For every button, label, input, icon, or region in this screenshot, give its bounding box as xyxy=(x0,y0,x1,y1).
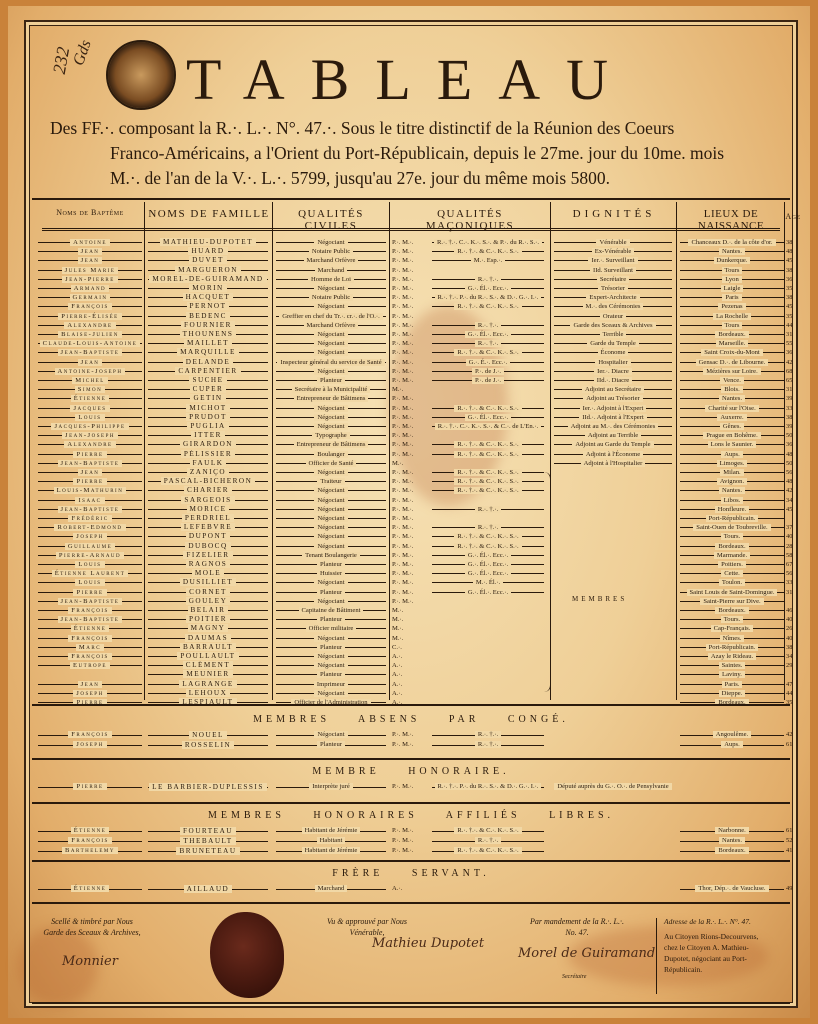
cell-text: P.·. M.·. xyxy=(392,506,413,513)
cell-text: 37 xyxy=(786,524,792,531)
cell-text: G.·. Él.·. Ecc.·. xyxy=(465,589,511,596)
cell-text: A.·. xyxy=(392,681,402,688)
cell-civil: Négociant xyxy=(276,542,386,551)
cell-text: Tours. xyxy=(721,616,744,623)
table-row: FrançoisTHEBAULTHabitantP.·. M.·.R.·. †.… xyxy=(32,836,790,846)
cell-birth: Azay le Rideau. xyxy=(680,652,784,661)
cell-text: P.·. M.·. xyxy=(392,432,413,439)
cell-family: CORNET xyxy=(148,588,268,597)
cell-text: François xyxy=(68,303,112,310)
cell-grade: P.·. M.·. xyxy=(392,367,428,376)
cell-birth: Dunkerque. xyxy=(680,256,784,265)
table-row: JeanLAGRANGEImprimeurA.·.Paris.47 xyxy=(32,680,790,689)
table-row: MEUNIERPlanteurA.·.Laviny. xyxy=(32,670,790,679)
table-row: JosephLEHOUXNégociantA.·.Dieppe.44 xyxy=(32,689,790,698)
cell-family: DUVET xyxy=(148,256,268,265)
cell-text: G.·. Él.·. Ecc.·. xyxy=(465,414,511,421)
cell-age: 41 xyxy=(786,846,800,856)
cell-text: Laviny. xyxy=(719,671,745,678)
table-row: JosephDUPONTNégociantP.·. M.·.R.·. †.·. … xyxy=(32,532,790,541)
cell-dign: Économe xyxy=(554,348,672,357)
cell-text: Planteur xyxy=(317,741,345,748)
cell-grade: P.·. M.·. xyxy=(392,505,428,514)
cell-grade: P.·. M.·. xyxy=(392,275,428,284)
cell-family: BRUNETEAU xyxy=(148,846,268,856)
cell-text: Alexandre xyxy=(64,322,115,329)
cell-given: Joseph xyxy=(38,689,142,698)
cell-text: P.·. M.·. xyxy=(392,441,413,448)
cell-maso: R.·. †.·. xyxy=(432,275,544,284)
cell-age: 35 xyxy=(786,284,800,293)
cell-text: Saint Croix-du-Mont xyxy=(701,349,763,356)
cell-birth: Limoges. xyxy=(680,459,784,468)
cell-text: Pierre xyxy=(73,478,106,485)
cell-age: 26 xyxy=(786,624,800,633)
cell-civil: Capitaine de Bâtiment xyxy=(276,606,386,615)
cell-text: CORNET xyxy=(186,588,230,596)
cell-text: R.·. †.·. & C.·. K.·. S.·. xyxy=(454,487,521,494)
cell-age: 31 xyxy=(786,385,800,394)
cell-grade: P.·. M.·. xyxy=(392,542,428,551)
cell-birth: Honfleure. xyxy=(680,505,784,514)
cell-given: Jules Marie xyxy=(38,266,142,275)
cell-given: François xyxy=(38,302,142,311)
cell-grade: P.·. M.·. xyxy=(392,302,428,311)
cell-text: Terrible xyxy=(600,331,627,338)
cell-dign: Orateur xyxy=(554,312,672,321)
table-row: FrédéricPERDRIELNégociantP.·. M.·.Port-R… xyxy=(32,514,790,523)
cell-text: M.·. xyxy=(392,607,403,614)
cell-text: Joseph xyxy=(73,533,106,540)
cell-family: CARPENTIER xyxy=(148,367,268,376)
cell-text: 34 xyxy=(786,653,792,660)
cell-text: 40 xyxy=(786,635,792,642)
cell-maso: R.·. †.·. xyxy=(432,523,544,532)
cell-text: LE BARBIER-DUPLESSIS xyxy=(149,783,267,791)
cell-text: Prague en Bohême. xyxy=(703,432,760,439)
cell-text: Antoine xyxy=(70,239,110,246)
cell-grade: A.·. xyxy=(392,661,428,670)
cell-given: Jean xyxy=(38,256,142,265)
cell-birth: Nîmes. xyxy=(680,634,784,643)
cell-text: POULLAULT xyxy=(177,652,238,660)
table-row: JeanDUVETMarchand OrfèvreP.·. M.·.M.·. E… xyxy=(32,256,790,265)
cell-maso: R.·. †.·. & C.·. K.·. S.·. xyxy=(432,542,544,551)
cell-grade: P.·. M.·. xyxy=(392,256,428,265)
cell-text: 49 xyxy=(786,885,792,892)
cell-text: P.·. M.·. xyxy=(392,276,413,283)
cell-family: BELAIR xyxy=(148,606,268,615)
cell-maso: G.·. Él.·. Ecc.·. xyxy=(432,284,544,293)
table-row: JosephROSSELINPlanteurP.·. M.·.R.·. †.·.… xyxy=(32,740,790,750)
cell-text: R.·. †.·. xyxy=(475,506,501,513)
cell-text: CARPENTIER xyxy=(175,367,240,375)
cell-text: P.·. M.·. xyxy=(392,543,413,550)
cell-birth: Lons le Saunier. xyxy=(680,440,784,449)
cell-text: Armand xyxy=(71,285,109,292)
cell-text: Nantes. xyxy=(719,487,745,494)
cell-family: DELANDE xyxy=(148,358,268,367)
cell-maso: R.·. †.·. & C.·. K.·. S.·. xyxy=(432,846,544,856)
subtitle-line: Des FF.·. composant la R.·. L.·. N°. 47.… xyxy=(50,116,790,141)
cell-birth: Mézières sur Loire. xyxy=(680,367,784,376)
cell-text: P.·. M.·. xyxy=(392,395,413,402)
table-row: JeanZANIÇONégociantP.·. M.·.R.·. †.·. & … xyxy=(32,468,790,477)
cell-family: MOREL-DE-GUIRAMAND xyxy=(148,275,268,284)
cell-grade: M.·. xyxy=(392,624,428,633)
cell-text: 61 xyxy=(786,741,792,748)
cell-text: Jean-Pierre xyxy=(62,276,118,283)
cell-civil: Greffier en chef du Tr.·. cr.·. de l'O.·… xyxy=(276,312,386,321)
section: MEMBRES HONORAIRES AFFILIÉS LIBRES.Étien… xyxy=(32,804,790,854)
cell-civil: Négociant xyxy=(276,404,386,413)
cell-text: Bordeaux. xyxy=(715,331,748,338)
cell-text: P.·. M.·. xyxy=(392,239,413,246)
cell-dign: Garde des Sceaux & Archives xyxy=(554,321,672,330)
header-underline xyxy=(42,228,780,231)
table-row: AlexandreFOURNIERMarchand OrfèvreP.·. M.… xyxy=(32,321,790,330)
cell-text: MAGNY xyxy=(188,624,229,632)
table-row: FrançoisDAUMASNégociantM.·.Nîmes.40 xyxy=(32,634,790,643)
cell-text: Lons le Saunier. xyxy=(708,441,757,448)
cell-family: FOURNIER xyxy=(148,321,268,330)
cell-text: Gênes. xyxy=(720,423,744,430)
cell-text: Angoulême. xyxy=(713,731,751,738)
table-row: Robert-EdmondLEFEBVRENégociantP.·. M.·.R… xyxy=(32,523,790,532)
cell-text: PÉLISSIER xyxy=(181,450,235,458)
cell-family: LE BARBIER-DUPLESSIS xyxy=(148,782,268,792)
cell-text: Cette. xyxy=(721,570,743,577)
cell-text: 38 xyxy=(786,294,792,301)
cell-text: Marchand Orfèvre xyxy=(304,257,359,264)
cell-text: THEBAULT xyxy=(180,837,235,845)
cell-given: Joseph xyxy=(38,532,142,541)
cell-family: PERNOT xyxy=(148,302,268,311)
cell-text: Laigle xyxy=(721,285,744,292)
cell-text: Azay le Rideau. xyxy=(708,653,756,660)
cell-text: 39 xyxy=(786,423,792,430)
cell-text: François xyxy=(68,731,112,738)
cell-text: R.·. †.·. xyxy=(475,276,501,283)
cell-grade: M.·. xyxy=(392,634,428,643)
divider xyxy=(656,918,657,994)
cell-text: P.·. M.·. xyxy=(392,331,413,338)
cell-text: Négociant xyxy=(314,731,347,738)
cell-age: 40 xyxy=(786,532,800,541)
cell-text: Négociant xyxy=(314,506,347,513)
cell-text: Cap-Français. xyxy=(711,625,754,632)
cell-given: Pierre xyxy=(38,588,142,597)
cell-family: LAGRANGE xyxy=(148,680,268,689)
cell-text: R.·. †.·. & C.·. K.·. S.·. xyxy=(454,451,521,458)
cell-civil: Négociant xyxy=(276,284,386,293)
cell-text: Paris xyxy=(722,294,741,301)
cell-text: Marchand xyxy=(315,885,348,892)
cell-text: Avignon. xyxy=(717,478,747,485)
cell-text: PERNOT xyxy=(187,302,230,310)
cell-dign: IId.·. Diacre xyxy=(554,376,672,385)
cell-text: LAGRANGE xyxy=(179,680,237,688)
cell-given: Pierre xyxy=(38,450,142,459)
cell-text: 47 xyxy=(786,681,792,688)
cell-text: MARQUILLE xyxy=(177,348,239,356)
cell-text: Marc xyxy=(76,644,104,651)
cell-text: Négociant xyxy=(314,598,347,605)
cell-text: Secrétaire xyxy=(597,276,629,283)
cell-age: 68 xyxy=(786,367,800,376)
cell-maso: R.·. †.·. & C.·. K.·. S.·. xyxy=(432,468,544,477)
cell-birth: Bordeaux. xyxy=(680,330,784,339)
cell-given: Étienne xyxy=(38,624,142,633)
cell-text: 33 xyxy=(786,579,792,586)
cell-text: MORIN xyxy=(189,284,226,292)
cell-text: Député auprès du G.·. O.·. de Pensylvani… xyxy=(554,783,671,790)
column-header-age: Age xyxy=(785,212,801,221)
cell-text: P.·. M.·. xyxy=(392,515,413,522)
cell-text: C.·. xyxy=(392,644,402,651)
cell-text: P.·. M.·. xyxy=(392,731,413,738)
cell-grade: P.·. M.·. xyxy=(392,782,428,792)
cell-maso: G.·. Él.·. Ecc.·. xyxy=(432,569,544,578)
cell-grade: P.·. M.·. xyxy=(392,450,428,459)
cell-grade: P.·. M.·. xyxy=(392,560,428,569)
cell-given: François xyxy=(38,606,142,615)
cell-given: Jacques-Philippe xyxy=(38,422,142,431)
cell-grade: M.·. xyxy=(392,615,428,624)
cell-text: Garde des Sceaux & Archives xyxy=(570,322,655,329)
cell-text: P.·. M.·. xyxy=(392,368,413,375)
cell-given: Eutrope xyxy=(38,661,142,670)
cell-text: 40 xyxy=(786,533,792,540)
cell-text: Négociant xyxy=(314,303,347,310)
cell-text: FAULK xyxy=(190,459,227,467)
cell-birth: La Rochelle xyxy=(680,312,784,321)
cell-age: 40 xyxy=(786,634,800,643)
table-row: Pierre-ÉliséeBEDENCGreffier en chef du T… xyxy=(32,312,790,321)
cell-family: DUBOCQ xyxy=(148,542,268,551)
cell-grade: P.·. M.·. xyxy=(392,431,428,440)
cell-text: Étienne xyxy=(71,827,110,834)
cell-text: P.·. M.·. xyxy=(392,285,413,292)
cell-text: Pierre-Élisée xyxy=(58,313,121,320)
cell-text: Inspecteur général du service de Santé xyxy=(277,359,384,366)
cell-text: Marchand xyxy=(315,267,348,274)
cell-text: 55 xyxy=(786,340,792,347)
table-row: AlexandreGIRARDONEntrepreneur de Bâtimen… xyxy=(32,440,790,449)
cell-text: 42 xyxy=(786,487,792,494)
cell-text: P.·. M.·. xyxy=(392,487,413,494)
cell-family: ITTER xyxy=(148,431,268,440)
cell-maso: R.·. †.·. & C.·. K.·. S.·. xyxy=(432,247,544,256)
cell-maso: R.·. †.·. xyxy=(432,505,544,514)
table-row: Jean-BaptistePOITIERPlanteurM.·.Tours.40 xyxy=(32,615,790,624)
cell-text: 45 xyxy=(786,506,792,513)
table-row: FrançoisPERNOTNégociantP.·. M.·.R.·. †.·… xyxy=(32,302,790,311)
address-line: Républicain. xyxy=(664,964,784,975)
cell-grade: P.·. M.·. xyxy=(392,468,428,477)
cell-maso: R.·. †.·. C.·. K.·. S.·. & C.·. de L'En.… xyxy=(432,422,544,431)
cell-text: G.·. Él.·. Ecc.·. xyxy=(465,561,511,568)
cell-text: Jean xyxy=(78,681,103,688)
cell-family: DUPONT xyxy=(148,532,268,541)
cell-text: Négociant xyxy=(314,405,347,412)
cell-family: DAUMAS xyxy=(148,634,268,643)
cell-age: 34 xyxy=(786,652,800,661)
cell-text: Négociant xyxy=(314,579,347,586)
cell-text: P.·. M.·. xyxy=(392,451,413,458)
cell-text: Jean xyxy=(78,248,103,255)
cell-dign: IId.·. Adjoint à l'Expert xyxy=(554,413,672,422)
cell-text: Barthelemy xyxy=(62,847,118,854)
cell-text: CHARIER xyxy=(184,486,232,494)
cell-text: 28 xyxy=(786,543,792,550)
cell-text: M.·. des Cérémonies xyxy=(583,303,644,310)
cell-birth: Bordeaux. xyxy=(680,606,784,615)
cell-text: P.·. M.·. xyxy=(392,294,413,301)
cell-maso: R.·. †.·. C.·. K.·. S.·. & P.·. du R.·. … xyxy=(432,238,544,247)
cell-dign: Adjoint au Garde du Temple xyxy=(554,440,672,449)
cell-age: 37 xyxy=(786,523,800,532)
cell-text: Auxerre. xyxy=(717,414,746,421)
table-row: ÉtienneMAGNYOfficier militaireM.·.Cap-Fr… xyxy=(32,624,790,633)
cell-age: 50 xyxy=(786,459,800,468)
cell-text: MOREL-DE-GUIRAMAND xyxy=(149,275,266,283)
cell-text: LEHOUX xyxy=(186,689,231,697)
cell-age: 28 xyxy=(786,542,800,551)
cell-dign: Adjoint au Terrible xyxy=(554,431,672,440)
cell-family: HUARD xyxy=(148,247,268,256)
cell-family: PUGLIA xyxy=(148,422,268,431)
table-row: Étienne LaurentMOLEHuissierP.·. M.·.G.·.… xyxy=(32,569,790,578)
cell-civil: Négociant xyxy=(276,730,386,740)
table-row: Jean-BaptisteMORICENégociantP.·. M.·.R.·… xyxy=(32,505,790,514)
cell-grade: P.·. M.·. xyxy=(392,826,428,836)
cell-text: Simon xyxy=(75,386,106,393)
cell-text: Pierre-Arnaud xyxy=(56,552,124,559)
cell-given: Louis xyxy=(38,560,142,569)
cell-text: R.·. †.·. & C.·. K.·. S.·. xyxy=(454,441,521,448)
cell-text: Étienne xyxy=(71,625,110,632)
cell-text: P.·. M.·. xyxy=(392,783,413,790)
cell-text: Charité sur l'Oise. xyxy=(705,405,759,412)
section-title: FRÈRE SERVANT. xyxy=(32,868,790,879)
cell-grade: P.·. M.·. xyxy=(392,740,428,750)
cell-civil: Notaire Public xyxy=(276,247,386,256)
cell-birth: Charité sur l'Oise. xyxy=(680,404,784,413)
cell-maso: R.·. †.·. & C.·. K.·. S.·. xyxy=(432,404,544,413)
cell-civil: Négociant xyxy=(276,597,386,606)
cell-text: 45 xyxy=(786,257,792,264)
cell-given: Jacques xyxy=(38,404,142,413)
cell-given: Étienne xyxy=(38,394,142,403)
cell-text: M.·. xyxy=(392,635,403,642)
cell-text: PUGLIA xyxy=(187,422,228,430)
cell-text: 33 xyxy=(786,405,792,412)
cell-text: Traiteur xyxy=(317,478,344,485)
address-line: chez le Citoyen A. Mathieu- xyxy=(664,942,784,953)
cell-family: DUSILLIET xyxy=(148,578,268,587)
cell-grade: P.·. M.·. xyxy=(392,339,428,348)
table-row: PierreLE BARBIER-DUPLESSISInterprète jur… xyxy=(32,782,790,792)
section: MEMBRES ABSENS PAR CONGÉ.FrançoisNOUELNé… xyxy=(32,708,790,758)
cell-text: P.·. M.·. xyxy=(392,377,413,384)
cell-text: M.·. Esp.·. xyxy=(471,257,505,264)
cell-text: Marseille. xyxy=(716,340,749,347)
cell-civil: Boulanger xyxy=(276,450,386,459)
cell-age: 44 xyxy=(786,689,800,698)
cell-text: Orateur xyxy=(600,313,626,320)
cell-text: Adjoint au Garde du Temple xyxy=(572,441,653,448)
cell-family: MICHOT xyxy=(148,404,268,413)
cell-text: Jean xyxy=(78,359,103,366)
table-row: Jean-BaptisteFAULKOfficier de SantéM.·.A… xyxy=(32,459,790,468)
cell-given: Jean-Baptiste xyxy=(38,597,142,606)
cell-civil: Négociant xyxy=(276,348,386,357)
cell-text: 38 xyxy=(786,414,792,421)
cell-age: 38 xyxy=(786,266,800,275)
cell-family: GOULEY xyxy=(148,597,268,606)
cell-civil: Typographe xyxy=(276,431,386,440)
cell-grade: P.·. M.·. xyxy=(392,532,428,541)
cell-family: MORICE xyxy=(148,505,268,514)
cell-text: Planteur xyxy=(317,671,345,678)
cell-text: 50 xyxy=(786,432,792,439)
cell-text: Tours xyxy=(722,267,743,274)
table-row: PierreCORNETPlanteurP.·. M.·.G.·. Él.·. … xyxy=(32,588,790,597)
cell-age: 61 xyxy=(786,826,800,836)
cell-civil: Inspecteur général du service de Santé xyxy=(276,358,386,367)
cell-birth: Dieppe. xyxy=(680,689,784,698)
cell-maso: G.·. Él.·. Ecc.·. xyxy=(432,330,544,339)
cell-text: Adjoint au Terrible xyxy=(585,432,641,439)
cell-dign: Terrible xyxy=(554,330,672,339)
cell-text: Tenant Boulangerie xyxy=(302,552,360,559)
section-title: MEMBRE HONORAIRE. xyxy=(32,766,790,777)
divider xyxy=(32,198,790,200)
cell-text: Pierre xyxy=(73,589,106,596)
cell-text: Négociant xyxy=(314,635,347,642)
cell-text: GIRARDON xyxy=(180,440,236,448)
cell-text: ITTER xyxy=(191,431,225,439)
cell-text: Ex-Vénérable xyxy=(592,248,635,255)
cell-text: GETIN xyxy=(190,394,225,402)
cell-age: 61 xyxy=(786,740,800,750)
cell-text: PASCAL-BICHERON xyxy=(161,477,256,485)
cell-birth: Tours. xyxy=(680,615,784,624)
cell-grade: P.·. M.·. xyxy=(392,293,428,302)
cell-maso: R.·. †.·. & C.·. K.·. S.·. xyxy=(432,440,544,449)
cell-grade: P.·. M.·. xyxy=(392,836,428,846)
cell-text: Poitiers. xyxy=(718,561,746,568)
cell-text: 34 xyxy=(786,497,792,504)
cell-text: Milan. xyxy=(720,469,743,476)
cell-dign: Garde du Temple xyxy=(554,339,672,348)
cell-grade: C.·. xyxy=(392,643,428,652)
cell-text: Bordeaux. xyxy=(715,607,748,614)
table-row: IsaacSARGEOISNégociantP.·. M.·.Libos.34 xyxy=(32,496,790,505)
cell-maso: R.·. †.·. P.·. du R.·. S.·. & D.·. G.·. … xyxy=(432,782,544,792)
cell-text: Habitant de Jérémie xyxy=(302,827,361,834)
cell-birth: Aups. xyxy=(680,450,784,459)
cell-age: 36 xyxy=(786,440,800,449)
cell-given: François xyxy=(38,730,142,740)
cell-maso: R.·. †.·. & C.·. K.·. S.·. xyxy=(432,532,544,541)
cell-birth: Laigle xyxy=(680,284,784,293)
cell-text: Boulanger xyxy=(314,451,347,458)
cell-text: HACQUET xyxy=(183,293,234,301)
table-row: GuillaumeDUBOCQNégociantP.·. M.·.R.·. †.… xyxy=(32,542,790,551)
cell-grade: A.·. xyxy=(392,689,428,698)
